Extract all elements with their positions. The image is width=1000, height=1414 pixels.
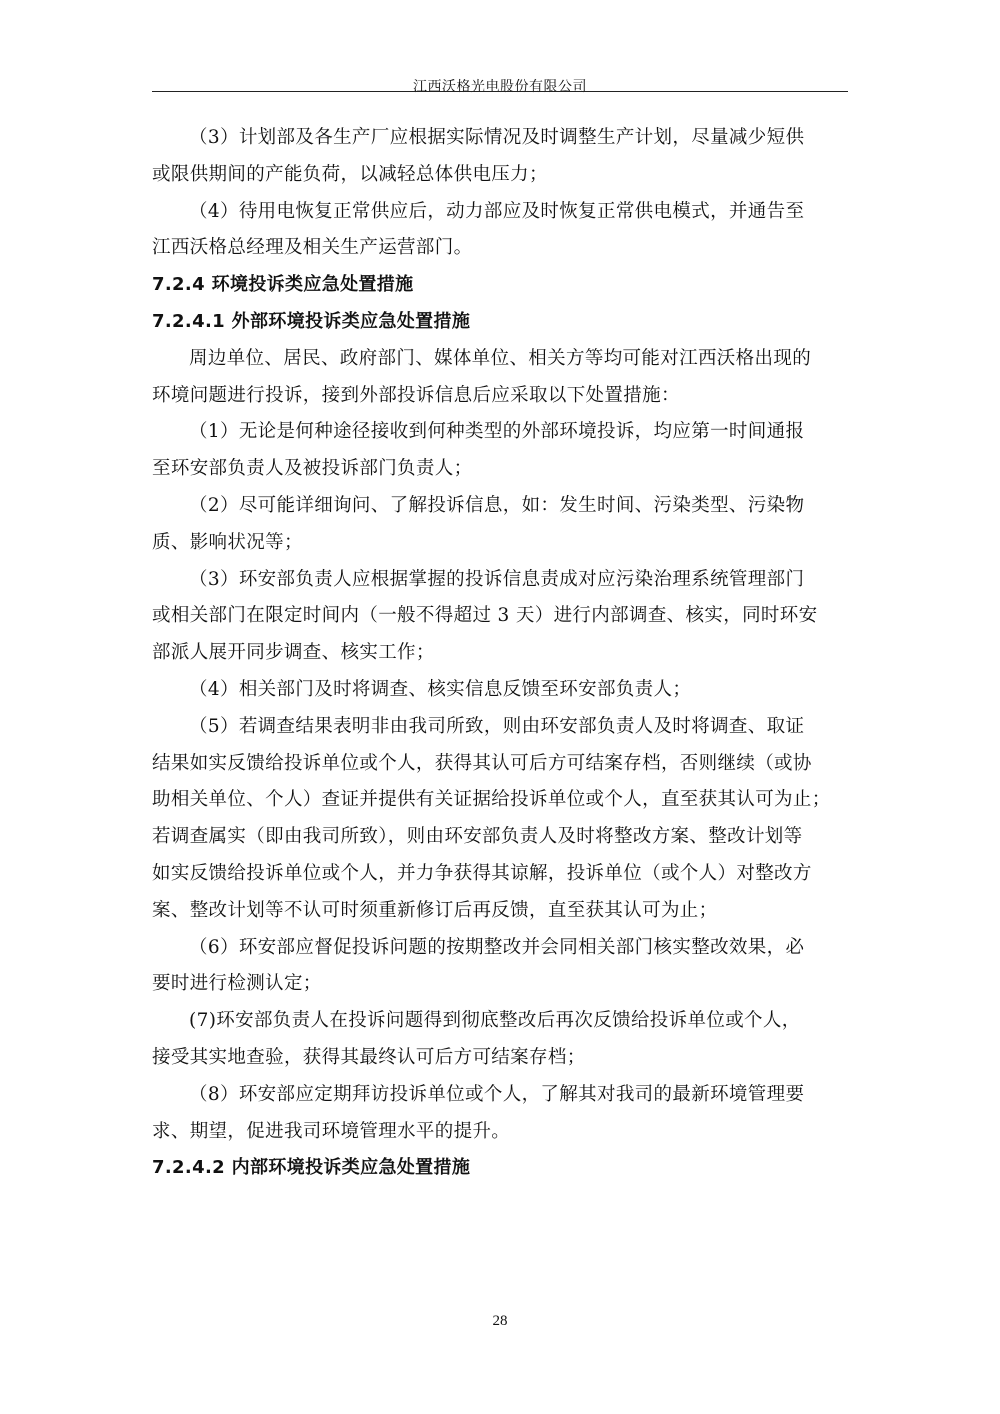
text-line: （4）相关部门及时将调查、核实信息反馈至环安部负责人； [152, 672, 852, 709]
section-heading-7-2-4-1: 7.2.4.1 外部环境投诉类应急处置措施 [152, 304, 852, 341]
text-line: 结果如实反馈给投诉单位或个人，获得其认可后方可结案存档，否则继续（或协 [152, 746, 852, 783]
text-line: （8）环安部应定期拜访投诉单位或个人，了解其对我司的最新环境管理要 [152, 1077, 852, 1114]
text-line: 若调查属实（即由我司所致），则由环安部负责人及时将整改方案、整改计划等 [152, 819, 852, 856]
page-number: 28 [450, 1313, 550, 1330]
section-heading-7-2-4: 7.2.4 环境投诉类应急处置措施 [152, 267, 852, 304]
text-line: 周边单位、居民、政府部门、媒体单位、相关方等均可能对江西沃格出现的 [152, 341, 852, 378]
text-line: 案、整改计划等不认可时须重新修订后再反馈，直至获其认可为止； [152, 893, 852, 930]
text-line: 助相关单位、个人）查证并提供有关证据给投诉单位或个人，直至获其认可为止； [152, 782, 852, 819]
text-line: 或限供期间的产能负荷，以减轻总体供电压力； [152, 157, 852, 194]
text-line: （6）环安部应督促投诉问题的按期整改并会同相关部门核实整改效果，必 [152, 930, 852, 967]
text-line: 求、期望，促进我司环境管理水平的提升。 [152, 1114, 852, 1151]
text-line: （5）若调查结果表明非由我司所致，则由环安部负责人及时将调查、取证 [152, 709, 852, 746]
page-header-company: 江西沃格光电股份有限公司 [152, 76, 848, 96]
text-line: 如实反馈给投诉单位或个人，并力争获得其谅解，投诉单位（或个人）对整改方 [152, 856, 852, 893]
document-body: （3）计划部及各生产厂应根据实际情况及时调整生产计划，尽量减少短供 或限供期间的… [152, 120, 852, 1187]
text-line: 质、影响状况等； [152, 525, 852, 562]
text-line: 接受其实地查验，获得其最终认可后方可结案存档； [152, 1040, 852, 1077]
text-line: 或相关部门在限定时间内（一般不得超过 3 天）进行内部调查、核实，同时环安 [152, 598, 852, 635]
text-line: （2）尽可能详细询问、了解投诉信息，如：发生时间、污染类型、污染物 [152, 488, 852, 525]
text-line: 部派人展开同步调查、核实工作； [152, 635, 852, 672]
text-line: (7)环安部负责人在投诉问题得到彻底整改后再次反馈给投诉单位或个人， [152, 1003, 852, 1040]
text-line: （3）计划部及各生产厂应根据实际情况及时调整生产计划，尽量减少短供 [152, 120, 852, 157]
header-divider [152, 91, 848, 92]
text-line: 要时进行检测认定； [152, 966, 852, 1003]
text-line: 江西沃格总经理及相关生产运营部门。 [152, 230, 852, 267]
section-heading-7-2-4-2: 7.2.4.2 内部环境投诉类应急处置措施 [152, 1150, 852, 1187]
text-line: （4）待用电恢复正常供应后，动力部应及时恢复正常供电模式，并通告至 [152, 194, 852, 231]
text-line: 至环安部负责人及被投诉部门负责人； [152, 451, 852, 488]
text-line: （1）无论是何种途径接收到何种类型的外部环境投诉，均应第一时间通报 [152, 414, 852, 451]
text-line: 环境问题进行投诉，接到外部投诉信息后应采取以下处置措施： [152, 378, 852, 415]
text-line: （3）环安部负责人应根据掌握的投诉信息责成对应污染治理系统管理部门 [152, 562, 852, 599]
